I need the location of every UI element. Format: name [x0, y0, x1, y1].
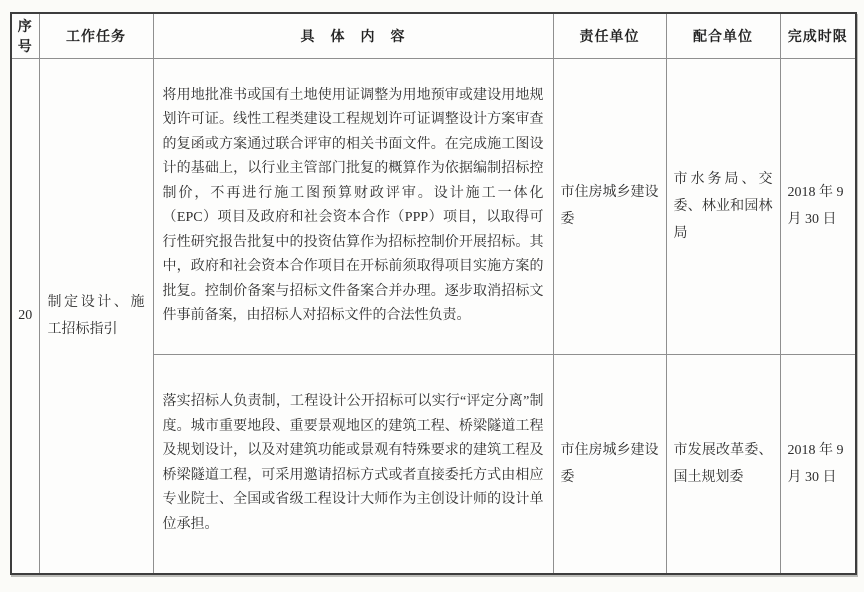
header-work-task: 工作任务 [39, 13, 153, 58]
deadline-cell-1: 2018 年 9 月 30 日 [780, 58, 856, 354]
content-cell-1: 将用地批准书或国有土地使用证调整为用地预审或建设用地规划许可证。线性工程类建设工… [153, 58, 553, 354]
header-deadline: 完成时限 [780, 13, 856, 58]
header-cooperating-unit: 配合单位 [666, 13, 780, 58]
table-row: 20 制定设计、施工招标指引 将用地批准书或国有土地使用证调整为用地预审或建设用… [11, 58, 856, 354]
deadline-cell-2: 2018 年 9 月 30 日 [780, 354, 856, 574]
responsible-unit-cell-1: 市住房城乡建设委 [553, 58, 666, 354]
cooperating-unit-cell-1: 市水务局、交委、林业和园林局 [666, 58, 780, 354]
header-responsible-unit: 责任单位 [553, 13, 666, 58]
cooperating-unit-cell-2: 市发展改革委、国土规划委 [666, 354, 780, 574]
work-task-table: 序号 工作任务 具 体 内 容 责任单位 配合单位 完成时限 20 制定设计、施… [10, 12, 857, 575]
work-task-cell: 制定设计、施工招标指引 [39, 58, 153, 574]
header-serial-number: 序号 [11, 13, 39, 58]
serial-number-cell: 20 [11, 58, 39, 574]
responsible-unit-cell-2: 市住房城乡建设委 [553, 354, 666, 574]
header-row: 序号 工作任务 具 体 内 容 责任单位 配合单位 完成时限 [11, 13, 856, 58]
content-cell-2: 落实招标人负责制，工程设计公开招标可以实行“评定分离”制度。城市重要地段、重要景… [153, 354, 553, 574]
header-content: 具 体 内 容 [153, 13, 553, 58]
